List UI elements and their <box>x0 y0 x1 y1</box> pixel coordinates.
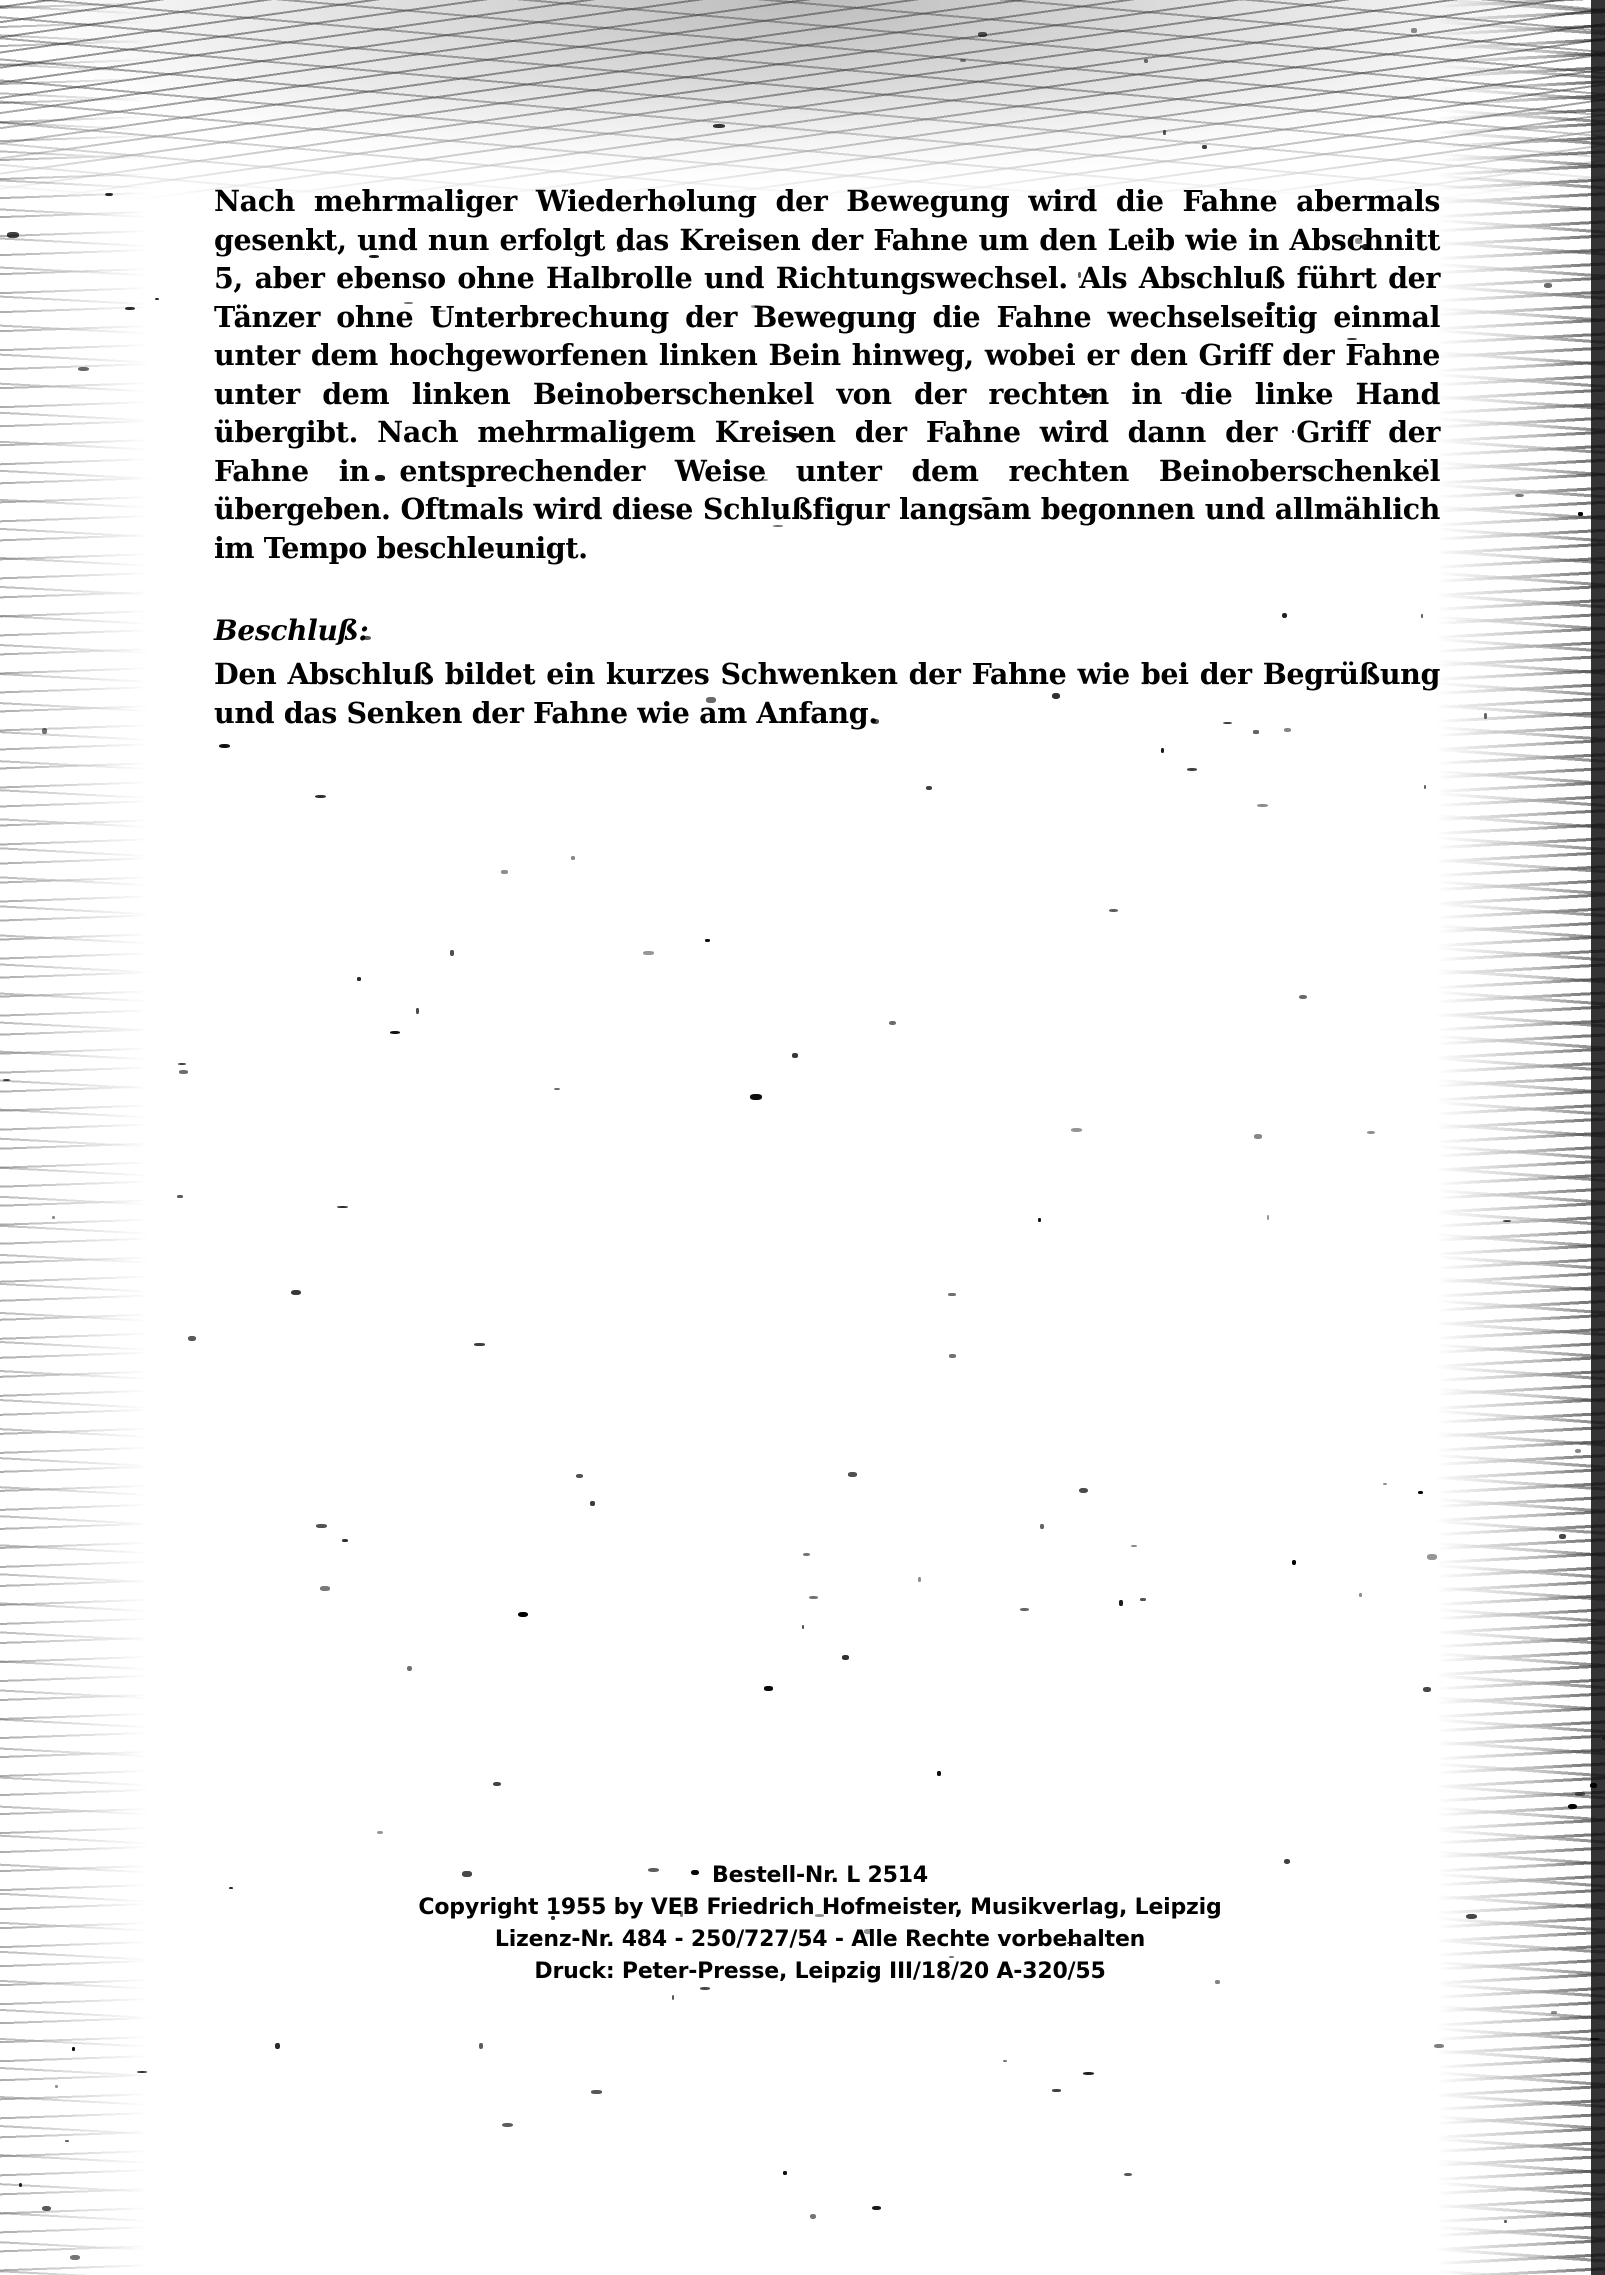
copyright-line: Copyright 1955 by VEB Friedrich Hofmeist… <box>340 1892 1300 1924</box>
closing-paragraph-block: Den Abschluß bildet ein kurzes Schwenken… <box>214 655 1440 732</box>
order-number: Bestell-Nr. L 2514 <box>340 1860 1300 1892</box>
scan-noise-left <box>0 0 150 2275</box>
body-paragraph-block: Nach mehrmaliger Wiederholung der Bewegu… <box>214 182 1440 567</box>
license-line: Lizenz-Nr. 484 - 250/727/54 - Alle Recht… <box>340 1924 1300 1956</box>
scan-noise-right <box>1435 0 1605 2275</box>
printer-line: Druck: Peter-Presse, Leipzig III/18/20 A… <box>340 1956 1300 1988</box>
closing-paragraph: Den Abschluß bildet ein kurzes Schwenken… <box>214 655 1440 732</box>
body-paragraph: Nach mehrmaliger Wiederholung der Bewegu… <box>214 182 1440 567</box>
section-heading: Beschluß: <box>214 614 369 647</box>
colophon: Bestell-Nr. L 2514 Copyright 1955 by VEB… <box>340 1860 1300 1988</box>
scan-noise-top <box>0 0 1605 200</box>
scan-edge-right <box>1591 0 1605 2275</box>
